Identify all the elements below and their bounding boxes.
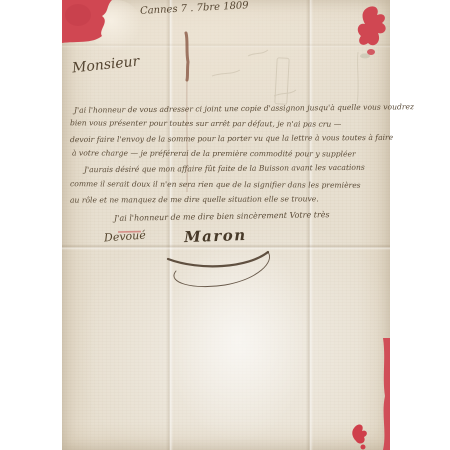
- letter-body-line: au rôle et ne manquez de me dire quelle …: [70, 194, 319, 204]
- letter-body-line: à votre charge — je préférerai de la pre…: [72, 149, 356, 159]
- photo-frame: Cannes 7 . 7bre 1809 Monsieur J'ai l'hon…: [0, 0, 450, 450]
- letter-photo: Cannes 7 . 7bre 1809 Monsieur J'ai l'hon…: [62, 0, 390, 450]
- ghost-show-through: [212, 50, 358, 104]
- red-wax-top-right: [358, 6, 386, 45]
- red-wax-speck: [352, 424, 367, 443]
- letter-body-line: bien vous présenter pour toutes sur arrê…: [70, 118, 341, 128]
- signature-flourish: [168, 252, 270, 287]
- letter-signature: Maron: [184, 226, 247, 246]
- red-backing-right-edge: [383, 338, 390, 450]
- ink-stain: [186, 33, 188, 80]
- letter-body-line: comme il serait doux il n'en sera rien q…: [70, 179, 361, 190]
